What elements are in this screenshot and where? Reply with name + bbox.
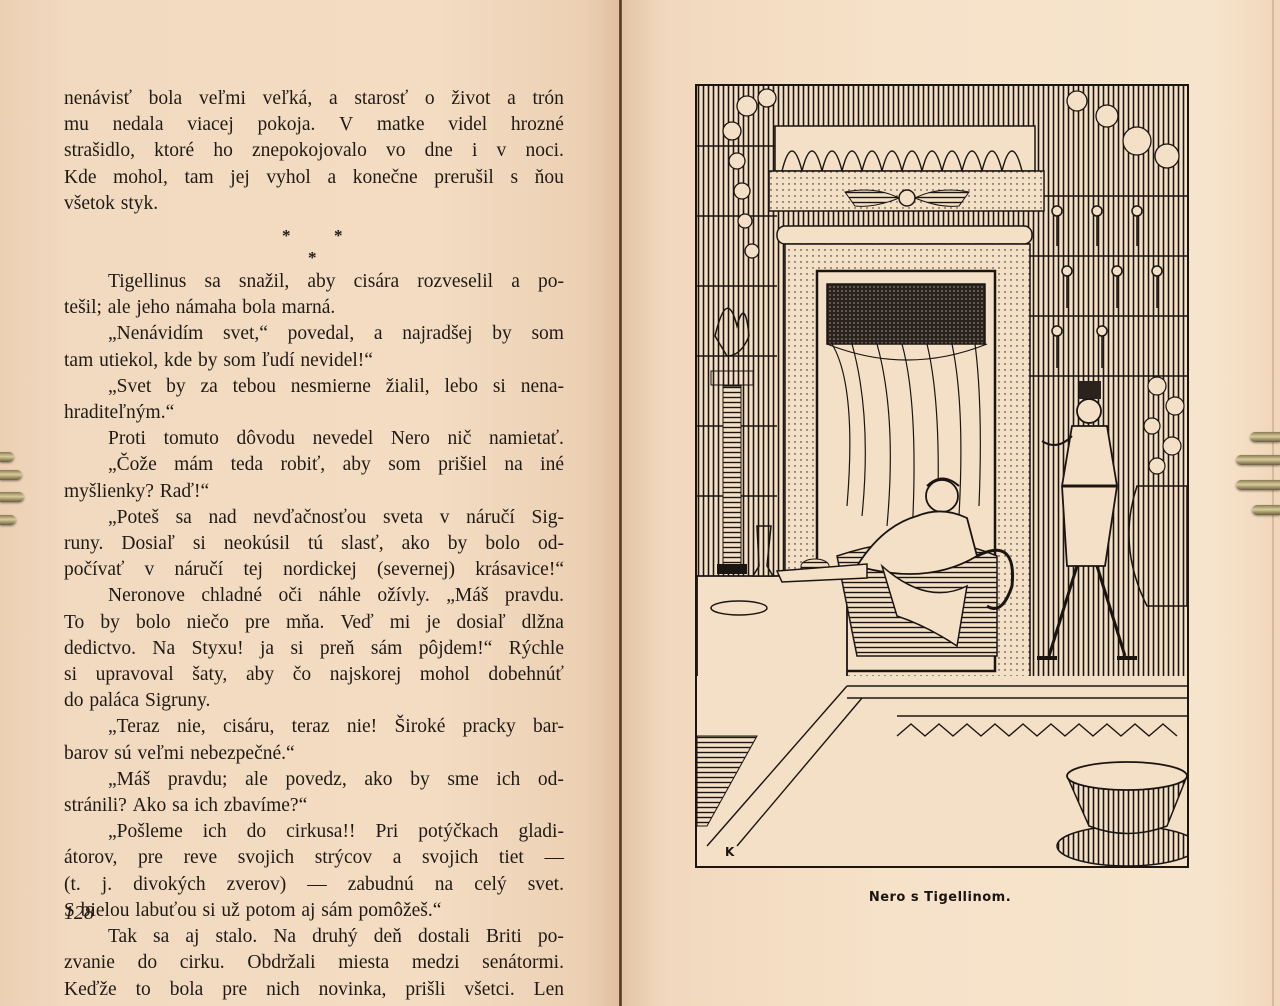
text-line: Neronovechladnéočináhleožívly.„Mášpravdu… xyxy=(64,583,564,609)
binder-clip xyxy=(0,492,24,502)
text-line: všetokstyk. xyxy=(64,191,564,217)
section-break-asterism: * * * xyxy=(64,217,564,269)
text-line: „Svetbyzatebounesmiernežialil,lebosinena… xyxy=(64,374,564,400)
asterisk: * xyxy=(308,245,317,271)
illustration-nero-tigellinus: K xyxy=(695,84,1189,868)
text-line: Tigellinussasnažil,abycisárarozveselilap… xyxy=(64,269,564,295)
text-line: „Nenávidímsvet,“povedal,anajradšejbysom xyxy=(64,321,564,347)
body-text: nenávisťbolaveľmiveľká,astarosťoživotatr… xyxy=(64,86,564,1003)
binder-clip xyxy=(0,470,22,480)
binder-clip xyxy=(1250,432,1280,442)
artist-monogram: K xyxy=(725,845,735,859)
text-line: „Mášpravdu;alepovedz,akobysmeichod- xyxy=(64,767,564,793)
paragraph-group-1: nenávisťbolaveľmiveľká,astarosťoživotatr… xyxy=(64,86,564,217)
text-line: počívaťvnáručítejnordickej(severnej)krás… xyxy=(64,557,564,583)
page-number: 128 xyxy=(64,902,94,925)
open-book-spread: nenávisťbolaveľmiveľká,astarosťoživotatr… xyxy=(0,0,1280,1006)
asterisk: * xyxy=(282,223,291,249)
paragraph-group-2: Tigellinussasnažil,abycisárarozveselilap… xyxy=(64,269,564,1003)
text-line: runy.Dosiaľsineokúsiltúslasť,akobybolood… xyxy=(64,531,564,557)
text-line: dopalácaSigruny. xyxy=(64,688,564,714)
text-line: barovsúveľminebezpečné.“ xyxy=(64,741,564,767)
text-line: dedictvo.NaStyxu!jasipreňsámpôjdem!“Rých… xyxy=(64,636,564,662)
text-line: Keďžetobolaprenichnovinka,prišlivšetci.L… xyxy=(64,977,564,1003)
left-page: nenávisťbolaveľmiveľká,astarosťoživotatr… xyxy=(0,0,622,1006)
binder-clip xyxy=(0,452,14,462)
text-line: átorov,prerevesvojichstrýcovasvojichtiet… xyxy=(64,845,564,871)
text-line: nenávisťbolaveľmiveľká,astarosťoživotatr… xyxy=(64,86,564,112)
binder-clip xyxy=(0,515,16,525)
text-line: Tobyboloniečopremňa.Veďmijedosiaľdlžna xyxy=(64,610,564,636)
text-line: „Teraznie,cisáru,teraznie!Široképrackyba… xyxy=(64,714,564,740)
text-line: Kdemohol,tamjejvyholakonečneprerušilsňou xyxy=(64,165,564,191)
text-line: myšlienky?Raď!“ xyxy=(64,479,564,505)
text-line: stránili?Akosaichzbavíme?“ xyxy=(64,793,564,819)
text-line: (t.j.divokýchzverov)—zabudnúnacelýsvet. xyxy=(64,872,564,898)
text-line: ProtitomutodôvodunevedelNeroničnamietať. xyxy=(64,426,564,452)
text-line: Sbieloulabuťousiužpotomajsámpomôžeš.“ xyxy=(64,898,564,924)
text-line: strašidlo,ktoréhoznepokojovalovodneivnoc… xyxy=(64,138,564,164)
text-line: hraditeľným.“ xyxy=(64,400,564,426)
text-line: tešil;alejehonámahabolamarná. xyxy=(64,295,564,321)
text-line: „Pošlemeichdocirkusa!!Pripotýčkachgladi- xyxy=(64,819,564,845)
winged-sun-disc-icon xyxy=(845,190,969,206)
text-line: siupravovalšaty,abyčonajskorejmoholdobeh… xyxy=(64,662,564,688)
text-line: „PotešsanadnevďačnosťousvetavnáručíSig- xyxy=(64,505,564,531)
illustration-caption: Nero s Tigellinom. xyxy=(760,890,1120,905)
page-edge xyxy=(1272,0,1274,1006)
binder-clip xyxy=(1252,505,1280,515)
asterisk: * xyxy=(334,223,343,249)
text-line: tamutiekol,kdebysomľudínevidel!“ xyxy=(64,348,564,374)
binder-clip xyxy=(1236,480,1280,490)
binder-clip xyxy=(1236,455,1280,465)
text-line: Taksaajstalo.NadruhýdeňdostaliBritipo- xyxy=(64,924,564,950)
text-line: zvaniedocirku.Obdržalimiestamedzisenátor… xyxy=(64,950,564,976)
text-line: munedalaviacejpokoja.Vmatkevidelhrozné xyxy=(64,112,564,138)
text-line: „Čožemámtedarobiť,abysomprišielnainé xyxy=(64,452,564,478)
